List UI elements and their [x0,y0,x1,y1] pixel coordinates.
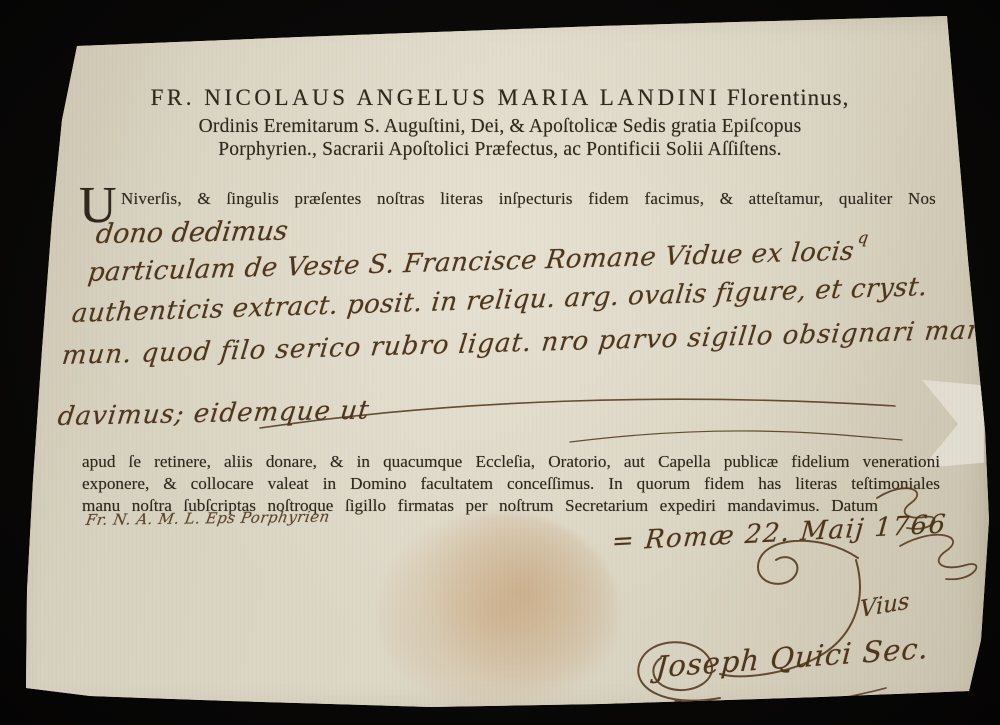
issuer-origin: Florentinus, [720,85,849,110]
secretary-signature: Joseph Quici Sec. [655,631,930,684]
paragraph-2-line-2: exponere, & collocare valeat in Domino f… [82,473,940,495]
bishop-signature: Fr. N. A. M. L. Eps Porphyrien [85,508,332,529]
letterhead-line-2: Ordinis Eremitarum S. Auguſtini, Dei, & … [40,115,960,138]
printed-paragraph-1: Niverſis, & ſingulis præſentes noſtras l… [121,189,936,209]
issuer-name: FR. NICOLAUS ANGELUS MARIA LANDINI [151,85,720,110]
manuscript-paper: FR. NICOLAUS ANGELUS MARIA LANDINI Flore… [0,0,1000,725]
seal-stain-showthrough [378,512,618,712]
letterhead-line-3: Porphyrien., Sacrarii Apoſtolici Præfect… [40,138,960,161]
printed-paragraph-2: apud ſe retinere, aliis donare, & in qua… [82,451,940,517]
handwritten-superscript: q [857,228,870,247]
handwritten-line-1: dono dedimus [94,216,290,250]
printed-letterhead: FR. NICOLAUS ANGELUS MARIA LANDINI Flore… [40,86,960,161]
large-paraph-flourish [620,540,910,715]
letterhead-line-1: FR. NICOLAUS ANGELUS MARIA LANDINI Flore… [40,86,960,110]
handwritten-line-5: davimus; eidemque ut [56,395,371,432]
document-photo: FR. NICOLAUS ANGELUS MARIA LANDINI Flore… [0,0,1000,725]
paragraph-2-line-1: apud ſe retinere, aliis donare, & in qua… [82,451,940,473]
flourish-word: Vius [860,588,909,623]
